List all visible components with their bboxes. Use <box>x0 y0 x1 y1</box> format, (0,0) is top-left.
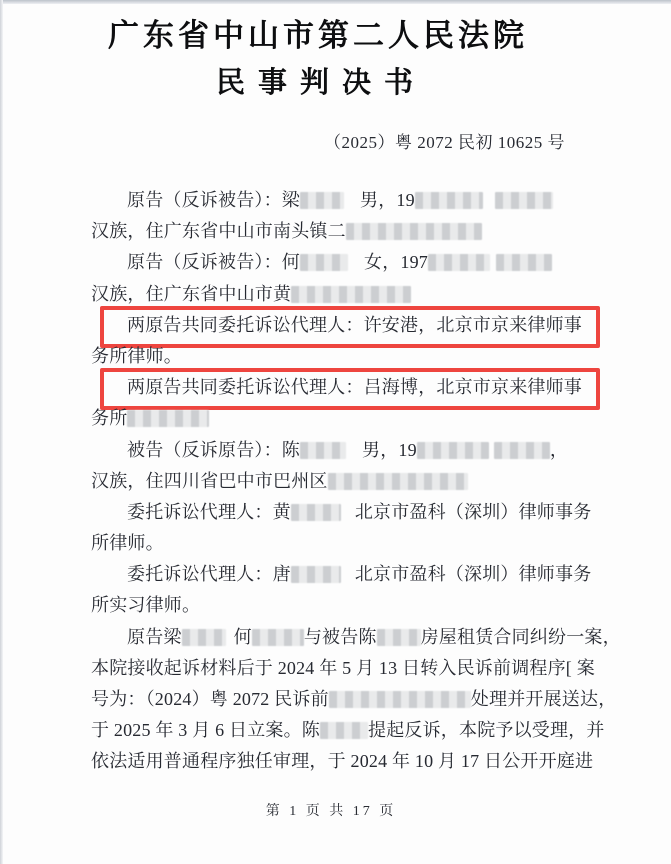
document-line: 务所 <box>91 403 603 434</box>
redacted-text <box>328 473 468 490</box>
document-line: 原告梁何与被告陈房屋租赁合同纠纷一案， <box>91 622 603 653</box>
document-line: 委托诉讼代理人：唐北京市盈科（深圳）律师事务 <box>91 559 603 590</box>
line-text: ， <box>550 440 568 460</box>
text-gap <box>344 205 360 206</box>
line-text: 依法适用普通程序独任审理，于 2024 年 10 月 17 日公开开庭进 <box>91 751 593 771</box>
line-text: 汉族，住四川省巴中市巴州区 <box>91 471 328 491</box>
line-text: 所律师。 <box>91 533 164 553</box>
text-gap <box>346 455 362 456</box>
line-text: 原告（反诉被告）：何 <box>127 252 300 272</box>
redacted-text <box>291 566 341 583</box>
text-gap <box>341 517 355 518</box>
document-line: 两原告共同委托诉讼代理人：许安港，北京市京来律师事 <box>91 310 603 341</box>
redacted-text <box>291 504 341 521</box>
redacted-text <box>494 442 550 459</box>
document-line: 被告（反诉原告）：陈男，19， <box>91 435 603 466</box>
line-text: 男，19 <box>360 190 415 210</box>
document-line: 汉族，住广东省中山市黄 <box>91 279 603 310</box>
redacted-text <box>417 442 489 459</box>
redacted-text <box>291 286 411 303</box>
line-text: 号为：（2024）粤 2072 民诉前 <box>91 689 329 709</box>
line-text: 北京市盈科（深圳）律师事务 <box>355 502 592 522</box>
redacted-text <box>329 691 471 708</box>
document-type-title: 民事判决书 <box>65 64 577 102</box>
document-content: 广东省中山市第二人民法院 民事判决书 （2025）粤 2072 民初 10625… <box>91 0 603 820</box>
line-text: 提起反诉，本院予以受理，并 <box>368 720 605 740</box>
line-text: 被告（反诉原告）：陈 <box>127 440 300 460</box>
document-line: 务所律师。 <box>91 341 603 372</box>
line-text: 女，197 <box>364 252 428 272</box>
redacted-text <box>127 410 209 427</box>
redacted-text <box>300 442 346 459</box>
document-line: 所实习律师。 <box>91 590 603 621</box>
text-gap <box>348 267 364 268</box>
redacted-text <box>300 192 344 209</box>
text-gap <box>483 205 495 206</box>
line-text: 委托诉讼代理人：唐 <box>127 564 291 584</box>
document-line: 两原告共同委托诉讼代理人：吕海博，北京市京来律师事 <box>91 372 603 403</box>
text-gap <box>341 579 355 580</box>
line-text: 务所 <box>91 408 127 428</box>
document-line: 依法适用普通程序独任审理，于 2024 年 10 月 17 日公开开庭进 <box>91 746 603 777</box>
line-text: 房屋租赁合同纠纷一案， <box>421 627 621 647</box>
redacted-text <box>496 254 552 271</box>
redacted-text <box>428 254 490 271</box>
redacted-text <box>346 223 482 240</box>
line-text: 北京市盈科（深圳）律师事务 <box>355 564 592 584</box>
redacted-text <box>495 192 553 209</box>
redacted-text <box>182 629 226 646</box>
document-body: 原告（反诉被告）：梁男，19汉族，住广东省中山市南头镇二原告（反诉被告）：何女，… <box>91 185 603 778</box>
line-text: 于 2025 年 3 月 6 日立案。陈 <box>91 720 320 740</box>
line-text: 处理并开展送达， <box>471 689 617 709</box>
redacted-text <box>415 192 483 209</box>
document-line: 汉族，住广东省中山市南头镇二 <box>91 216 603 247</box>
line-text: 原告（反诉被告）：梁 <box>127 190 300 210</box>
line-text: 与被告陈 <box>304 627 377 647</box>
line-text: 委托诉讼代理人：黄 <box>127 502 291 522</box>
document-line: 所律师。 <box>91 528 603 559</box>
line-text: 原告梁 <box>127 627 182 647</box>
redacted-text <box>252 629 304 646</box>
case-number: （2025）粤 2072 民初 10625 号 <box>91 132 603 154</box>
document-line: 号为：（2024）粤 2072 民诉前处理并开展送达， <box>91 684 603 715</box>
line-text: 汉族，住广东省中山市黄 <box>91 284 291 304</box>
document-line: 原告（反诉被告）：梁男，19 <box>91 185 603 216</box>
document-line: 于 2025 年 3 月 6 日立案。陈提起反诉，本院予以受理，并 <box>91 715 603 746</box>
line-text: 所实习律师。 <box>91 595 200 615</box>
line-text: 两原告共同委托诉讼代理人：吕海博，北京市京来律师事 <box>127 377 582 397</box>
line-text: 何 <box>234 627 252 647</box>
line-text: 男，19 <box>362 440 417 460</box>
text-gap <box>226 642 234 643</box>
line-text: 务所律师。 <box>91 346 182 366</box>
document-line: 原告（反诉被告）：何女，197 <box>91 247 603 278</box>
line-text: 两原告共同委托诉讼代理人：许安港，北京市京来律师事 <box>127 315 582 335</box>
redacted-text <box>320 722 368 739</box>
court-name: 广东省中山市第二人民法院 <box>62 16 574 56</box>
document-line: 委托诉讼代理人：黄北京市盈科（深圳）律师事务 <box>91 497 603 528</box>
redacted-text <box>377 629 421 646</box>
line-text: 汉族，住广东省中山市南头镇二 <box>91 221 346 241</box>
document-line: 汉族，住四川省巴中市巴州区 <box>91 466 603 497</box>
page-left-edge <box>0 0 3 864</box>
judgment-page: 广东省中山市第二人民法院 民事判决书 （2025）粤 2072 民初 10625… <box>0 0 671 864</box>
line-text: 本院接收起诉材料后于 2024 年 5 月 13 日转入民诉前调程序[ 案 <box>91 658 595 678</box>
document-line: 本院接收起诉材料后于 2024 年 5 月 13 日转入民诉前调程序[ 案 <box>91 653 603 684</box>
redacted-text <box>300 254 348 271</box>
page-number-footer: 第 1 页 共 17 页 <box>75 800 587 820</box>
